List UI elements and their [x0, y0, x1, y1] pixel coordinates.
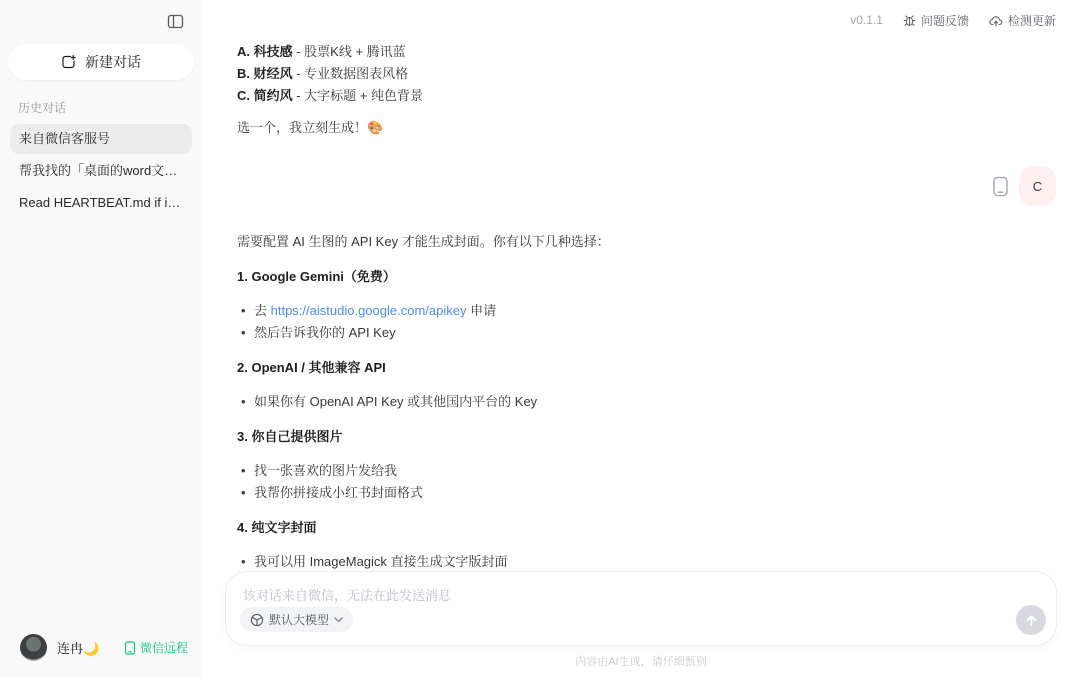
section-4-bullets: 我可以用 ImageMagick 直接生成文字版封面 不需要 AI 生图 [237, 551, 1017, 571]
model-selector-label: 默认大模型 [269, 611, 329, 628]
input-placeholder: 该对话来自微信，无法在此发送消息 [243, 585, 451, 604]
assistant-message-2: 需要配置 AI 生图的 API Key 才能生成封面。你有以下几种选择： 1. … [237, 231, 1017, 571]
history-item-heartbeat[interactable]: Read HEARTBEAT.md if it e... [10, 188, 192, 218]
send-arrow-icon [1025, 614, 1038, 627]
section-4-title: 4. 纯文字封面 [237, 517, 1017, 539]
assistant-message-1: A. 科技感 - 股票K线 + 腾讯蓝 B. 财经风 - 专业数据图表风格 C.… [237, 41, 1017, 139]
main-panel: v0.1.1 问题反馈 检测更新 [202, 0, 1080, 677]
send-button[interactable] [1016, 605, 1046, 635]
message-input[interactable]: 该对话来自微信，无法在此发送消息 默认大模型 [225, 571, 1057, 646]
history-item-word-doc[interactable]: 帮我找的「桌面的word文档」... [10, 156, 192, 186]
apikey-link[interactable]: https://aistudio.google.com/apikey [271, 303, 467, 318]
composer: 该对话来自微信，无法在此发送消息 默认大模型 [202, 571, 1080, 646]
sidebar-footer: 连冉🌙 微信远程 [0, 622, 202, 677]
history-item-wechat[interactable]: 来自微信客服号 [10, 124, 192, 154]
phone-source-icon [990, 175, 1010, 197]
feedback-button[interactable]: 问题反馈 [903, 12, 969, 29]
option-c: C. 简约风 - 大字标题 + 纯色背景 [237, 85, 1017, 107]
wechat-remote-label: 微信远程 [140, 639, 188, 656]
bullet-openai-key: 如果你有 OpenAI API Key 或其他国内平台的 Key [237, 391, 1017, 413]
section-1-title: 1. Google Gemini（免费） [237, 266, 1017, 288]
bug-icon [903, 14, 916, 27]
chevron-down-icon [334, 617, 343, 623]
section-1-bullets: 去 https://aistudio.google.com/apikey 申请 … [237, 300, 1017, 344]
model-selector[interactable]: 默认大模型 [240, 607, 353, 632]
phone-icon-green [124, 641, 136, 655]
new-chat-label: 新建对话 [85, 52, 141, 72]
user-name: 连冉🌙 [57, 638, 124, 657]
bullet-compose-cover: 我帮你拼接成小红书封面格式 [237, 482, 1017, 504]
model-icon [250, 613, 264, 627]
assistant-closing-line: 选一个，我立刻生成！🎨 [237, 117, 1017, 139]
history-list: 来自微信客服号 帮我找的「桌面的word文档」... Read HEARTBEA… [0, 124, 202, 218]
bullet-gemini-apply: 去 https://aistudio.google.com/apikey 申请 [237, 300, 1017, 322]
check-update-label: 检测更新 [1008, 12, 1056, 29]
bullet-send-image: 找一张喜欢的图片发给我 [237, 460, 1017, 482]
bullet-gemini-tell-key: 然后告诉我你的 API Key [237, 322, 1017, 344]
user-message-bubble: C [1019, 166, 1056, 206]
section-2-bullets: 如果你有 OpenAI API Key 或其他国内平台的 Key [237, 391, 1017, 413]
feedback-label: 问题反馈 [921, 12, 969, 29]
app-window: 新建对话 历史对话 来自微信客服号 帮我找的「桌面的word文档」... Rea… [0, 0, 1080, 677]
ai-disclaimer: 内容由AI生成，请仔细甄别 [202, 646, 1080, 677]
sidebar: 新建对话 历史对话 来自微信客服号 帮我找的「桌面的word文档」... Rea… [0, 0, 202, 677]
history-section-label: 历史对话 [18, 99, 202, 116]
option-b: B. 财经风 - 专业数据图表风格 [237, 63, 1017, 85]
section-3-title: 3. 你自己提供图片 [237, 426, 1017, 448]
option-a: A. 科技感 - 股票K线 + 腾讯蓝 [237, 41, 1017, 63]
user-avatar[interactable] [20, 634, 47, 661]
msg2-intro: 需要配置 AI 生图的 API Key 才能生成封面。你有以下几种选择： [237, 231, 1017, 253]
section-2-title: 2. OpenAI / 其他兼容 API [237, 357, 1017, 379]
topbar: v0.1.1 问题反馈 检测更新 [202, 0, 1080, 40]
new-chat-button[interactable]: 新建对话 [8, 44, 194, 80]
section-3-bullets: 找一张喜欢的图片发给我 我帮你拼接成小红书封面格式 [237, 460, 1017, 504]
check-update-button[interactable]: 检测更新 [989, 12, 1056, 29]
cloud-update-icon [989, 14, 1003, 27]
sidebar-toggle-button[interactable] [164, 10, 186, 32]
bullet-imagemagick: 我可以用 ImageMagick 直接生成文字版封面 [237, 551, 1017, 571]
new-chat-icon [61, 54, 77, 70]
chat-messages: A. 科技感 - 股票K线 + 腾讯蓝 B. 财经风 - 专业数据图表风格 C.… [202, 40, 1080, 571]
user-message-row: C [237, 166, 1056, 206]
wechat-remote-badge[interactable]: 微信远程 [124, 639, 188, 656]
version-label: v0.1.1 [850, 13, 883, 27]
panel-left-icon [167, 13, 184, 30]
